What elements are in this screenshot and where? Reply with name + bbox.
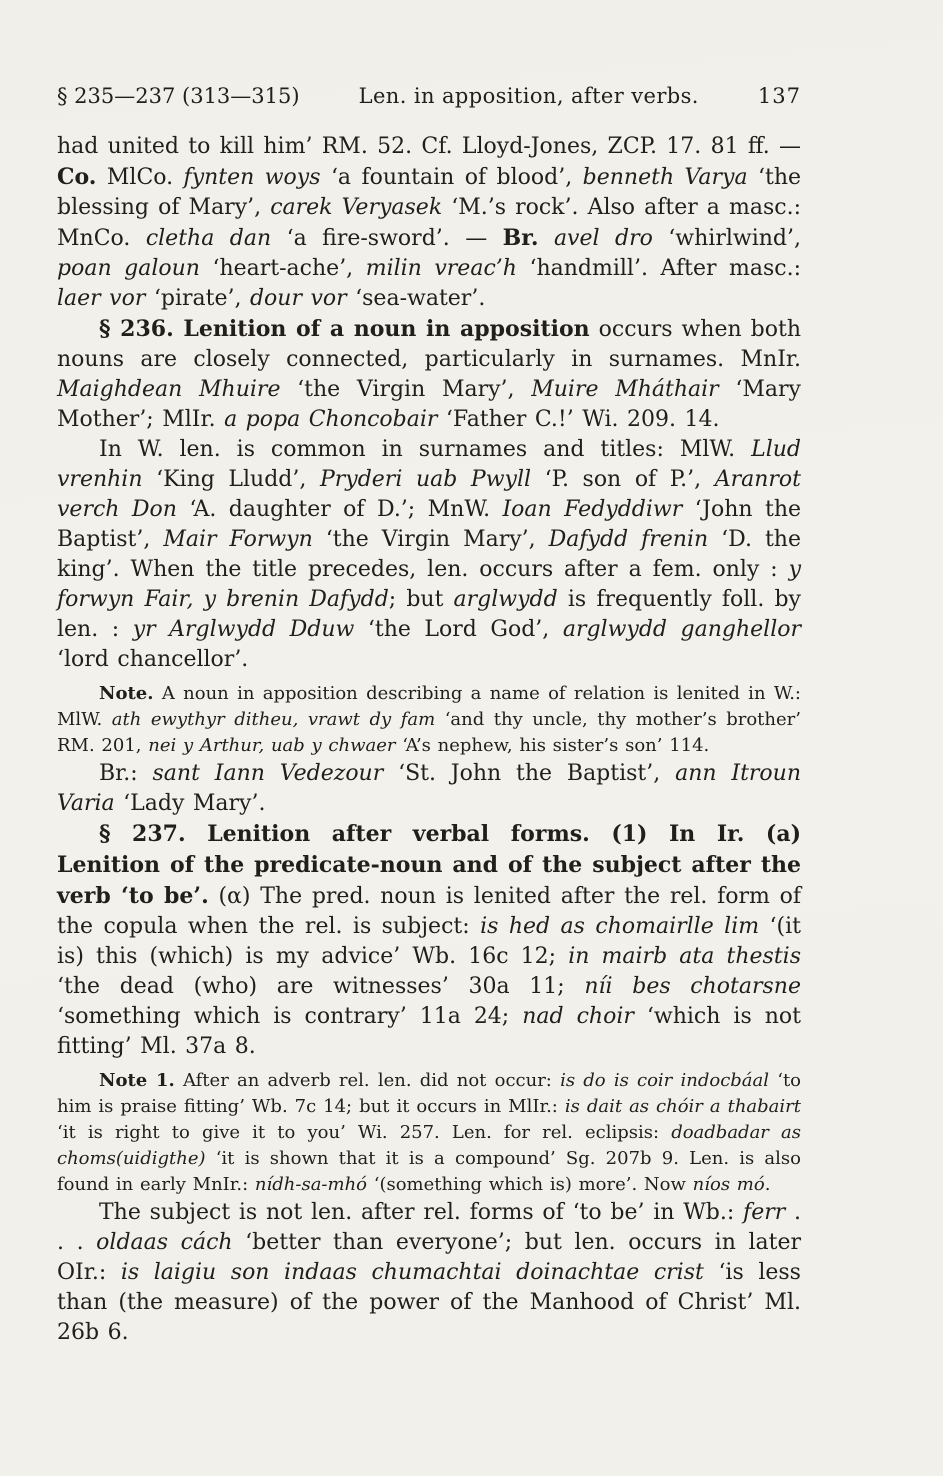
text-run: milin vreac’h [366,256,517,281]
text-run: ‘something which is contrary’ 11a 24; [57,1004,522,1029]
text-run: ‘the Virgin Mary’, [280,377,531,402]
text-run: ‘lord chancellor’. [57,647,248,672]
text-run: ‘whirlwind’, [653,226,801,251]
text-run: yr Arglwydd Dduw [133,617,355,642]
text-run: ‘the Virgin Mary’, [313,527,549,552]
text-run: Note. [99,683,154,704]
text-run: cletha dan [146,226,271,251]
text-run: a popa Choncobair [224,407,437,432]
text-run: ‘a fountain of blood’, [321,165,583,190]
text-run: benneth Varya [583,165,748,190]
text-run: is hed as chomairlle lim [480,914,759,939]
section-237-paragraph: § 237. Lenition after verbal forms. (1) … [57,819,801,1062]
text-run: ‘it is right to give it to you’ Wi. 257.… [57,1122,671,1143]
header-page-number: 137 [758,82,801,110]
text-run: ; but [389,587,454,612]
page-header: § 235—237 (313—315) Len. in apposition, … [57,82,801,110]
text-run: nei y Arthur, uab y chwaer [148,735,395,756]
text-run: arglwydd [454,587,558,612]
text-run: in mairb ata thestis [568,944,801,969]
header-running-title: Len. in apposition, after verbs. [359,82,699,110]
subject-not-lenited-paragraph: The subject is not len. after rel. forms… [57,1198,801,1348]
text-run: Dafydd frenin [549,527,709,552]
text-run: In W. len. is common in surnames and tit… [99,437,751,462]
text-run: MlCo. [96,165,183,190]
text-run: The subject is not len. after rel. forms… [99,1200,743,1225]
text-run: ‘a fire-sword’. — [271,226,503,251]
text-run [538,226,553,251]
book-page: § 235—237 (313—315) Len. in apposition, … [0,0,943,1476]
text-run: ‘the Lord God’, [354,617,562,642]
text-run: avel dro [554,226,653,251]
text-run: níos mó [693,1174,765,1195]
text-run: ‘A’s nephew, his sister’s son’ 114. [395,735,709,756]
text-run: ‘pirate’, [145,286,250,311]
text-run: ‘(something which is) more’. Now [367,1174,693,1195]
text-run: Muire Mháthair [531,377,718,402]
text-run: Maighdean Mhuire [57,377,280,402]
breton-paragraph: Br.: sant Iann Vedezour ‘St. John the Ba… [57,759,801,819]
text-run: nídh-sa-mhó [255,1174,367,1195]
text-body: had united to kill him’ RM. 52. Cf. Lloy… [57,132,801,1348]
text-run: Br. [503,225,539,251]
text-run: is dait as chóir a thabairt [565,1096,801,1117]
text-run: . [765,1174,771,1195]
text-run: Ioan Fedyddiwr [502,497,682,522]
text-run: carek Veryasek [270,195,442,220]
text-run: had united to kill him’ RM. 52. Cf. Lloy… [57,134,801,159]
text-run: ‘P. son of P.’, [531,467,715,492]
text-run: fynten woys [184,165,321,190]
text-run: arglwydd ganghellor [563,617,801,642]
text-run: oldaas cách [96,1230,232,1255]
text-run: ferr [743,1200,785,1225]
text-run: dour vor [250,286,347,311]
text-run: nad choir [522,1004,634,1029]
text-run: ‘A. daughter of D.’; MnW. [177,497,503,522]
section-236-paragraph: § 236. Lenition of a noun in apposition … [57,314,801,435]
text-run: poan galoun [57,256,200,281]
text-run: Pryderi uab Pwyll [320,467,531,492]
text-run: § 236. Lenition of a noun in apposition [99,316,590,342]
text-run: sant Iann Vedezour [153,761,384,786]
welsh-surnames-paragraph: In W. len. is common in surnames and tit… [57,435,801,675]
text-run: Br.: [99,761,153,786]
text-run: ‘Lady Mary’. [115,791,266,816]
text-run: is laigiu son indaas chumachtai doinacht… [121,1260,704,1285]
text-run: ‘the dead (who) are witnesses’ 30a 11; [57,974,584,999]
text-run: ‘King Lludd’, [143,467,320,492]
continuation-paragraph: had united to kill him’ RM. 52. Cf. Lloy… [57,132,801,314]
text-run: Mair Forwyn [163,527,312,552]
text-run: ‘heart-ache’, [200,256,366,281]
header-section-range: § 235—237 (313—315) [57,82,300,110]
text-run: Co. [57,164,96,190]
text-run: ‘handmill’. After masc.: [517,256,801,281]
note-paragraph: Note. A noun in apposition describing a … [57,681,801,759]
text-run: ‘St. John the Baptist’, [383,761,675,786]
text-run: ath ewythyr ditheu, vrawt dy fam [112,709,435,730]
text-run: ‘sea-water’. [347,286,486,311]
text-run: Note 1. [99,1070,175,1091]
text-run: laer vor [57,286,145,311]
text-run: níi bes chotarsne [584,974,801,999]
text-run: After an adverb rel. len. did not occur: [175,1070,560,1091]
note-1-paragraph: Note 1. After an adverb rel. len. did no… [57,1068,801,1198]
text-run: is do is coir indocbáal [560,1070,769,1091]
text-run: ‘Father C.!’ Wi. 209. 14. [437,407,719,432]
